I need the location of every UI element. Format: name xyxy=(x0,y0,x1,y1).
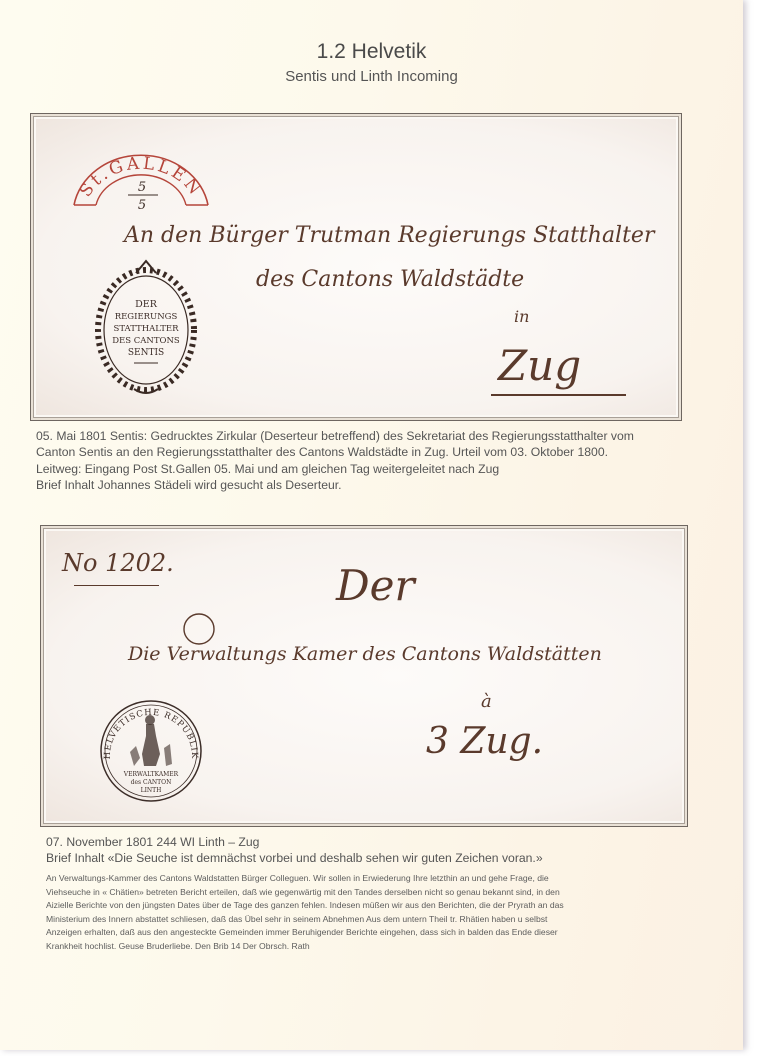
svg-text:des CANTON: des CANTON xyxy=(131,779,172,786)
letter-1-cover: St.GALLEN 5 5 DER REGIERUNGS STATTHALTER… xyxy=(36,119,676,415)
letter-1-frame: St.GALLEN 5 5 DER REGIERUNGS STATTHALTER… xyxy=(30,113,682,421)
letter-2-destination: 3 Zug. xyxy=(426,721,543,762)
album-page: 1.2 Helvetik Sentis und Linth Incoming S… xyxy=(0,0,743,1050)
caption-line: Leitweg: Eingang Post St.Gallen 05. Mai … xyxy=(36,461,634,477)
caption-line: Brief Inhalt «Die Seuche ist demnächst v… xyxy=(46,850,543,866)
svg-text:REGIERUNGS: REGIERUNGS xyxy=(115,312,178,322)
svg-text:VERWALTKAMER: VERWALTKAMER xyxy=(123,771,179,778)
svg-text:DER: DER xyxy=(135,299,158,310)
letter-1-address-line1: An den Bürger Trutman Regierungs Stattha… xyxy=(124,223,654,248)
letter-2-number: No 1202. xyxy=(62,549,174,577)
sentis-seal-icon: DER REGIERUNGS STATTHALTER DES CANTONS S… xyxy=(86,255,206,405)
letter-1-caption: 05. Mai 1801 Sentis: Gedrucktes Zirkular… xyxy=(36,428,634,494)
number-underline xyxy=(74,585,159,586)
destination-underline xyxy=(491,394,626,396)
transcript-line: Ministerium des Innern abstattet schlies… xyxy=(46,913,696,927)
letter-2-caption: 07. November 1801 244 WI Linth – Zug Bri… xyxy=(46,834,543,867)
page-subtitle: Sentis und Linth Incoming xyxy=(0,68,743,85)
transcript-line: Aizielle Berichte von den jüngsten Dates… xyxy=(46,899,696,913)
letter-1-destination: Zug xyxy=(498,341,581,390)
caption-line: Brief Inhalt Johannes Städeli wird gesuc… xyxy=(36,477,634,493)
transcript-line: Viehseuche in « Chätien» betreten Berich… xyxy=(46,886,696,900)
letter-2-transcript: An Verwaltungs-Kammer des Cantons Waldst… xyxy=(46,872,696,953)
transcript-line: An Verwaltungs-Kammer des Cantons Waldst… xyxy=(46,872,696,886)
helvetic-republic-seal-icon: HELVETISCHE REPUBLIK VERWALTKAMER des CA… xyxy=(96,696,206,806)
letter-2-address-line1: Die Verwaltungs Kamer des Cantons Waldst… xyxy=(128,643,602,665)
svg-text:LINTH: LINTH xyxy=(141,787,162,794)
transcript-line: Krankheit hochlist. Geuse Bruderliebe. D… xyxy=(46,940,696,954)
letter-2-salutation: Der xyxy=(336,561,415,610)
svg-text:SENTIS: SENTIS xyxy=(128,348,164,358)
svg-text:DES CANTONS: DES CANTONS xyxy=(112,336,180,346)
letter-2-frame: No 1202. Der Die Verwaltungs Kamer des C… xyxy=(40,525,688,827)
letter-1-address-line2: des Cantons Waldstädte xyxy=(256,267,524,292)
st-gallen-postmark-icon: St.GALLEN 5 5 xyxy=(66,133,216,213)
svg-text:5: 5 xyxy=(138,198,146,213)
transcript-line: Anzeigen erhalten, daß aus den angesteck… xyxy=(46,926,696,940)
letter-2-address-line2: à xyxy=(481,691,492,712)
caption-line: Canton Sentis an den Regierungsstatthalt… xyxy=(36,444,634,460)
svg-text:STATTHALTER: STATTHALTER xyxy=(114,324,180,334)
caption-line: 05. Mai 1801 Sentis: Gedrucktes Zirkular… xyxy=(36,428,634,444)
page-title: 1.2 Helvetik xyxy=(0,40,743,64)
svg-text:5: 5 xyxy=(138,180,146,195)
letter-2-cover: No 1202. Der Die Verwaltungs Kamer des C… xyxy=(46,531,682,821)
circled-letter-icon xyxy=(181,611,217,647)
caption-line: 07. November 1801 244 WI Linth – Zug xyxy=(46,834,543,850)
letter-1-address-line3: in xyxy=(514,307,529,326)
